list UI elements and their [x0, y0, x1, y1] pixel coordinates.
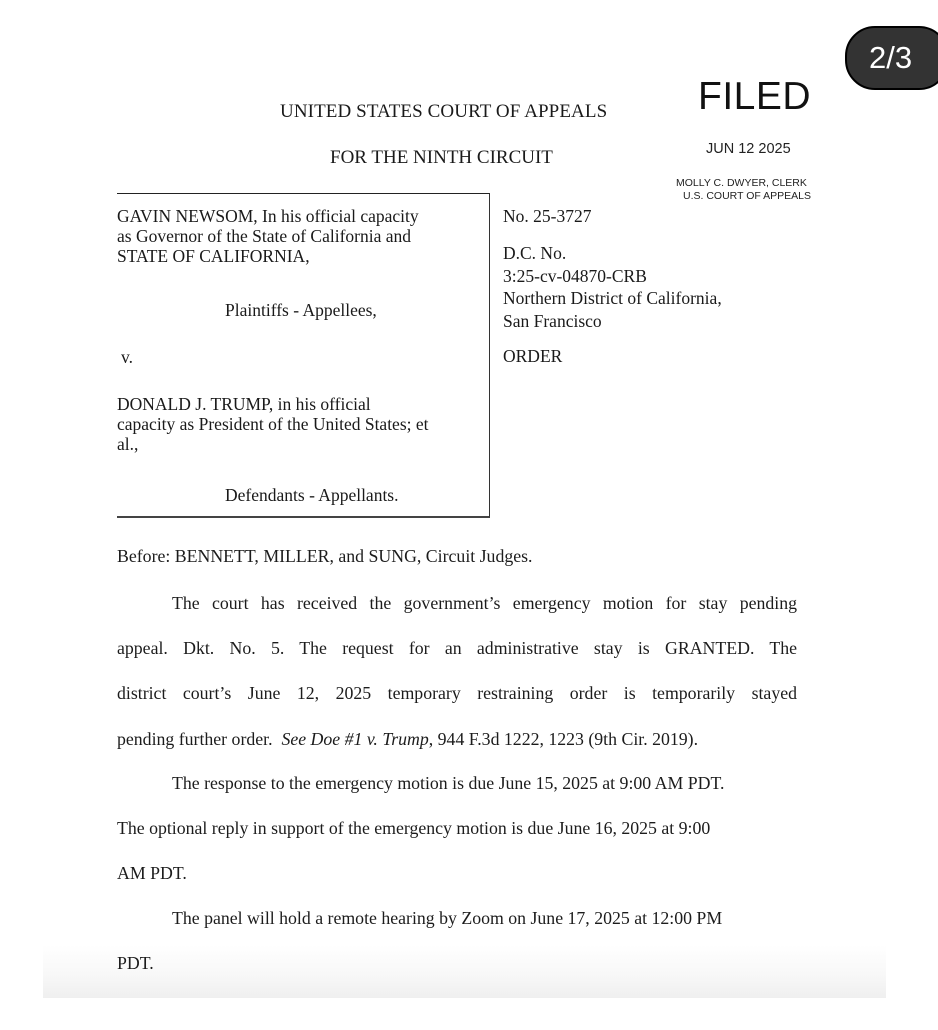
dc-number: 3:25-cv-04870-CRB — [503, 266, 647, 286]
case-number: No. 25-3727 — [503, 206, 591, 226]
paragraph-line: The response to the emergency motion is … — [117, 772, 724, 794]
clerk-court: U.S. COURT OF APPEALS — [683, 190, 811, 202]
filed-date: JUN 12 2025 — [706, 141, 791, 157]
document-type: ORDER — [503, 346, 562, 366]
defendant-line: capacity as President of the United Stat… — [117, 414, 429, 434]
defendant-line: DONALD J. TRUMP, in his official — [117, 394, 371, 414]
clerk-name: MOLLY C. DWYER, CLERK — [676, 177, 807, 189]
plaintiff-line: as Governor of the State of California a… — [117, 226, 411, 246]
page-bottom-shadow — [43, 945, 886, 998]
paragraph-line: district court’s June 12, 2025 temporary… — [117, 682, 797, 704]
defendant-line: al., — [117, 434, 138, 454]
city: San Francisco — [503, 311, 602, 331]
circuit-title: FOR THE NINTH CIRCUIT — [330, 147, 553, 169]
dc-label: D.C. No. — [503, 243, 566, 263]
document-page: 2/3 UNITED STATES COURT OF APPEALS FOR T… — [0, 0, 938, 1030]
paragraph-line: pending further order. See Doe #1 v. Tru… — [117, 728, 698, 750]
paragraph-line: The panel will hold a remote hearing by … — [117, 907, 722, 929]
panel-judges: Before: BENNETT, MILLER, and SUNG, Circu… — [117, 545, 533, 567]
paragraph-line: AM PDT. — [117, 862, 187, 884]
paragraph-line: The optional reply in support of the eme… — [117, 817, 710, 839]
versus: v. — [121, 347, 133, 367]
page-indicator-badge: 2/3 — [845, 26, 938, 90]
plaintiff-line: STATE OF CALIFORNIA, — [117, 246, 310, 266]
case-citation: See Doe #1 v. Trump — [281, 729, 428, 749]
paragraph-line: appeal. Dkt. No. 5. The request for an a… — [117, 637, 797, 659]
text: pending further order. — [117, 729, 281, 749]
plaintiff-line: GAVIN NEWSOM, In his official capacity — [117, 206, 419, 226]
defendants-role: Defendants - Appellants. — [225, 485, 399, 505]
district: Northern District of California, — [503, 288, 722, 308]
paragraph-line: PDT. — [117, 952, 154, 974]
plaintiffs-role: Plaintiffs - Appellees, — [225, 300, 377, 320]
text: , 944 F.3d 1222, 1223 (9th Cir. 2019). — [429, 729, 698, 749]
court-title: UNITED STATES COURT OF APPEALS — [280, 101, 607, 123]
paragraph-line: The court has received the government’s … — [117, 592, 797, 614]
filed-label: FILED — [698, 75, 811, 119]
